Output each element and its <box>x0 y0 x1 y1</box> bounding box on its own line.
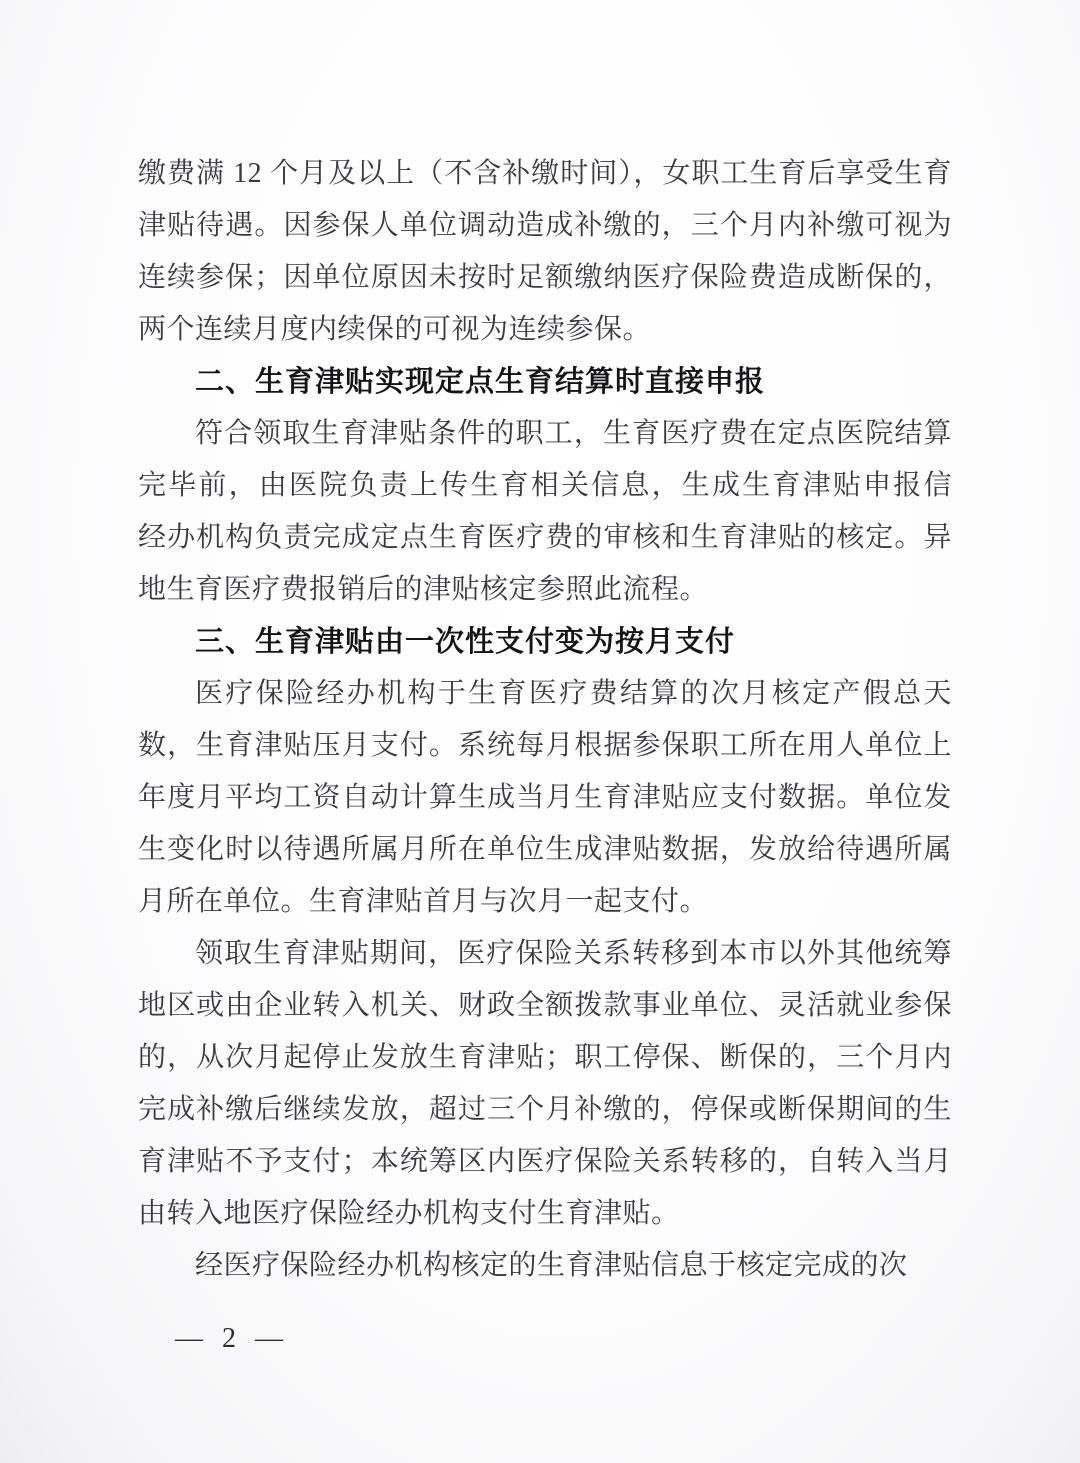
body-line: 领取生育津贴期间，医疗保险关系转移到本市以外其他统筹 <box>138 928 952 980</box>
body-line: 两个连续月度内续保的可视为连续参保。 <box>138 304 952 356</box>
paragraph-direct-declaration: 符合领取生育津贴条件的职工，生育医疗费在定点医院结算 完毕前，由医院负责上传生育… <box>138 408 952 616</box>
body-line: 数，生育津贴压月支付。系统每月根据参保职工所在用人单位上 <box>138 720 952 772</box>
document-body: 缴费满 12 个月及以上（不含补缴时间），女职工生育后享受生育 津贴待遇。因参保… <box>138 148 952 1292</box>
body-line: 完毕前，由医院负责上传生育相关信息，生成生育津贴申报信息。 <box>138 460 952 512</box>
body-line: 缴费满 12 个月及以上（不含补缴时间），女职工生育后享受生育 <box>138 148 952 200</box>
body-line: 地区或由企业转入机关、财政全额拨款事业单位、灵活就业参保 <box>138 980 952 1032</box>
body-line: 育津贴不予支付；本统筹区内医疗保险关系转移的，自转入当月 <box>138 1136 952 1188</box>
body-line: 年度月平均工资自动计算生成当月生育津贴应支付数据。单位发 <box>138 772 952 824</box>
body-line: 的，从次月起停止发放生育津贴；职工停保、断保的，三个月内 <box>138 1032 952 1084</box>
body-line: 经办机构负责完成定点生育医疗费的审核和生育津贴的核定。异 <box>138 512 952 564</box>
paragraph-eligibility-continued: 缴费满 12 个月及以上（不含补缴时间），女职工生育后享受生育 津贴待遇。因参保… <box>138 148 952 356</box>
section-heading-3: 三、生育津贴由一次性支付变为按月支付 <box>138 616 952 668</box>
body-line: 完成补缴后继续发放，超过三个月补缴的，停保或断保期间的生 <box>138 1084 952 1136</box>
body-line: 由转入地医疗保险经办机构支付生育津贴。 <box>138 1188 952 1240</box>
body-line: 津贴待遇。因参保人单位调动造成补缴的，三个月内补缴可视为 <box>138 200 952 252</box>
body-line: 地生育医疗费报销后的津贴核定参照此流程。 <box>138 564 952 616</box>
page-number: — 2 — <box>175 1322 289 1356</box>
paragraph-transfer-rules: 领取生育津贴期间，医疗保险关系转移到本市以外其他统筹 地区或由企业转入机关、财政… <box>138 928 952 1240</box>
section-heading-2: 二、生育津贴实现定点生育结算时直接申报 <box>138 356 952 408</box>
paragraph-monthly-payment: 医疗保险经办机构于生育医疗费结算的次月核定产假总天 数，生育津贴压月支付。系统每… <box>138 668 952 928</box>
paragraph-approval-info: 经医疗保险经办机构核定的生育津贴信息于核定完成的次 <box>138 1240 952 1292</box>
body-line: 月所在单位。生育津贴首月与次月一起支付。 <box>138 876 952 928</box>
body-line: 连续参保；因单位原因未按时足额缴纳医疗保险费造成断保的， <box>138 252 952 304</box>
body-line: 经医疗保险经办机构核定的生育津贴信息于核定完成的次 <box>138 1240 952 1292</box>
body-line: 医疗保险经办机构于生育医疗费结算的次月核定产假总天 <box>138 668 952 720</box>
body-line: 生变化时以待遇所属月所在单位生成津贴数据，发放给待遇所属 <box>138 824 952 876</box>
body-line: 符合领取生育津贴条件的职工，生育医疗费在定点医院结算 <box>138 408 952 460</box>
document-page: 缴费满 12 个月及以上（不含补缴时间），女职工生育后享受生育 津贴待遇。因参保… <box>0 0 1080 1463</box>
